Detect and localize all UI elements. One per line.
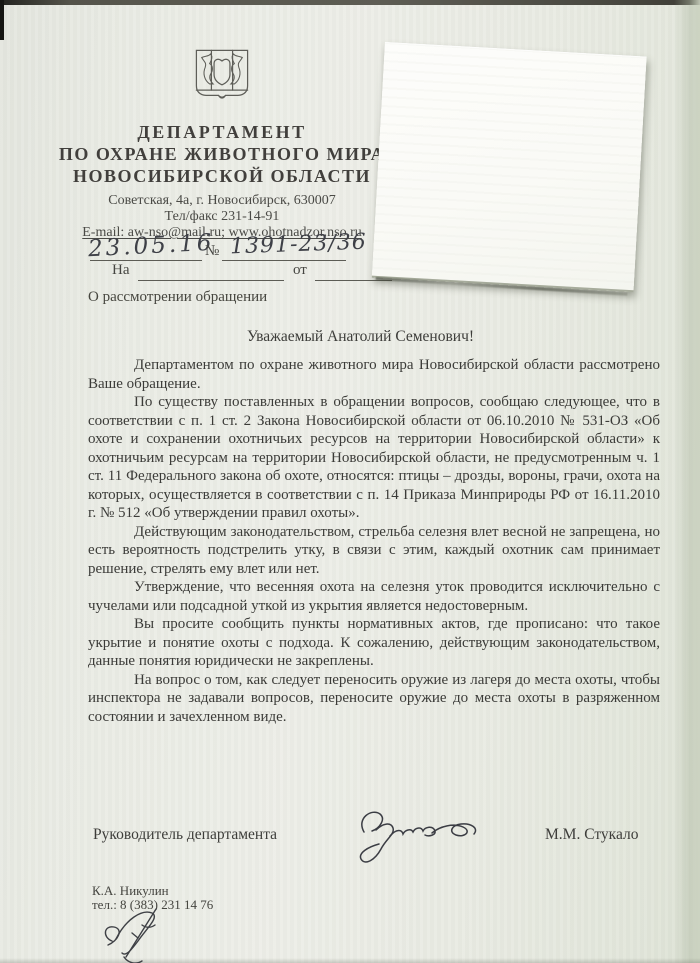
org-name-line3: НОВОСИБИРСКОЙ ОБЛАСТИ (32, 166, 412, 186)
body-paragraph: По существу поставленных в обращении воп… (88, 393, 660, 523)
body-paragraph: Департаментом по охране животного мира Н… (88, 356, 660, 393)
overlay-paper-sheet (372, 42, 647, 292)
body-paragraph: На вопрос о том, как следует переносить … (88, 671, 660, 727)
na-label: На (112, 262, 130, 279)
body-paragraph: Утверждение, что весенняя охота на селез… (88, 578, 660, 615)
handwritten-date: 23.05.16 (87, 230, 215, 263)
org-address: Советская, 4а, г. Новосибирск, 630007 (32, 193, 412, 209)
org-name-line2: ПО ОХРАНЕ ЖИВОТНОГО МИРА (32, 144, 412, 164)
date-blank-line (90, 260, 202, 261)
signature-icon (348, 806, 488, 868)
number-sign: № (205, 243, 219, 260)
org-phone: Тел/факс 231-14-91 (32, 209, 412, 225)
body-paragraph: Действующим законодательством, стрельба … (88, 523, 660, 579)
letter-subject: О рассмотрении обращении (88, 289, 267, 306)
scan-edge-right (674, 0, 700, 963)
body-paragraph: Вы просите сообщить пункты нормативных а… (88, 615, 660, 671)
scan-edge-left-notch (0, 0, 4, 40)
na-blank-line (138, 280, 284, 281)
org-name-line1: ДЕПАРТАМЕНТ (32, 122, 412, 142)
salutation: Уважаемый Анатолий Семенович! (88, 328, 633, 346)
footer-scribble-icon (98, 905, 190, 963)
scanned-letter-page: ДЕПАРТАМЕНТ ПО ОХРАНЕ ЖИВОТНОГО МИРА НОВ… (0, 0, 700, 963)
handwritten-outgoing-number: 1391-23/36 (230, 230, 368, 260)
letter-body: Департаментом по охране животного мира Н… (88, 356, 660, 726)
ot-label: от (293, 262, 307, 279)
coat-of-arms-icon (192, 44, 252, 108)
signer-title: Руководитель департамента (93, 826, 277, 844)
scan-edge-top (0, 0, 700, 5)
signer-name: М.М. Стукало (545, 826, 638, 844)
number-blank-line (222, 260, 346, 261)
